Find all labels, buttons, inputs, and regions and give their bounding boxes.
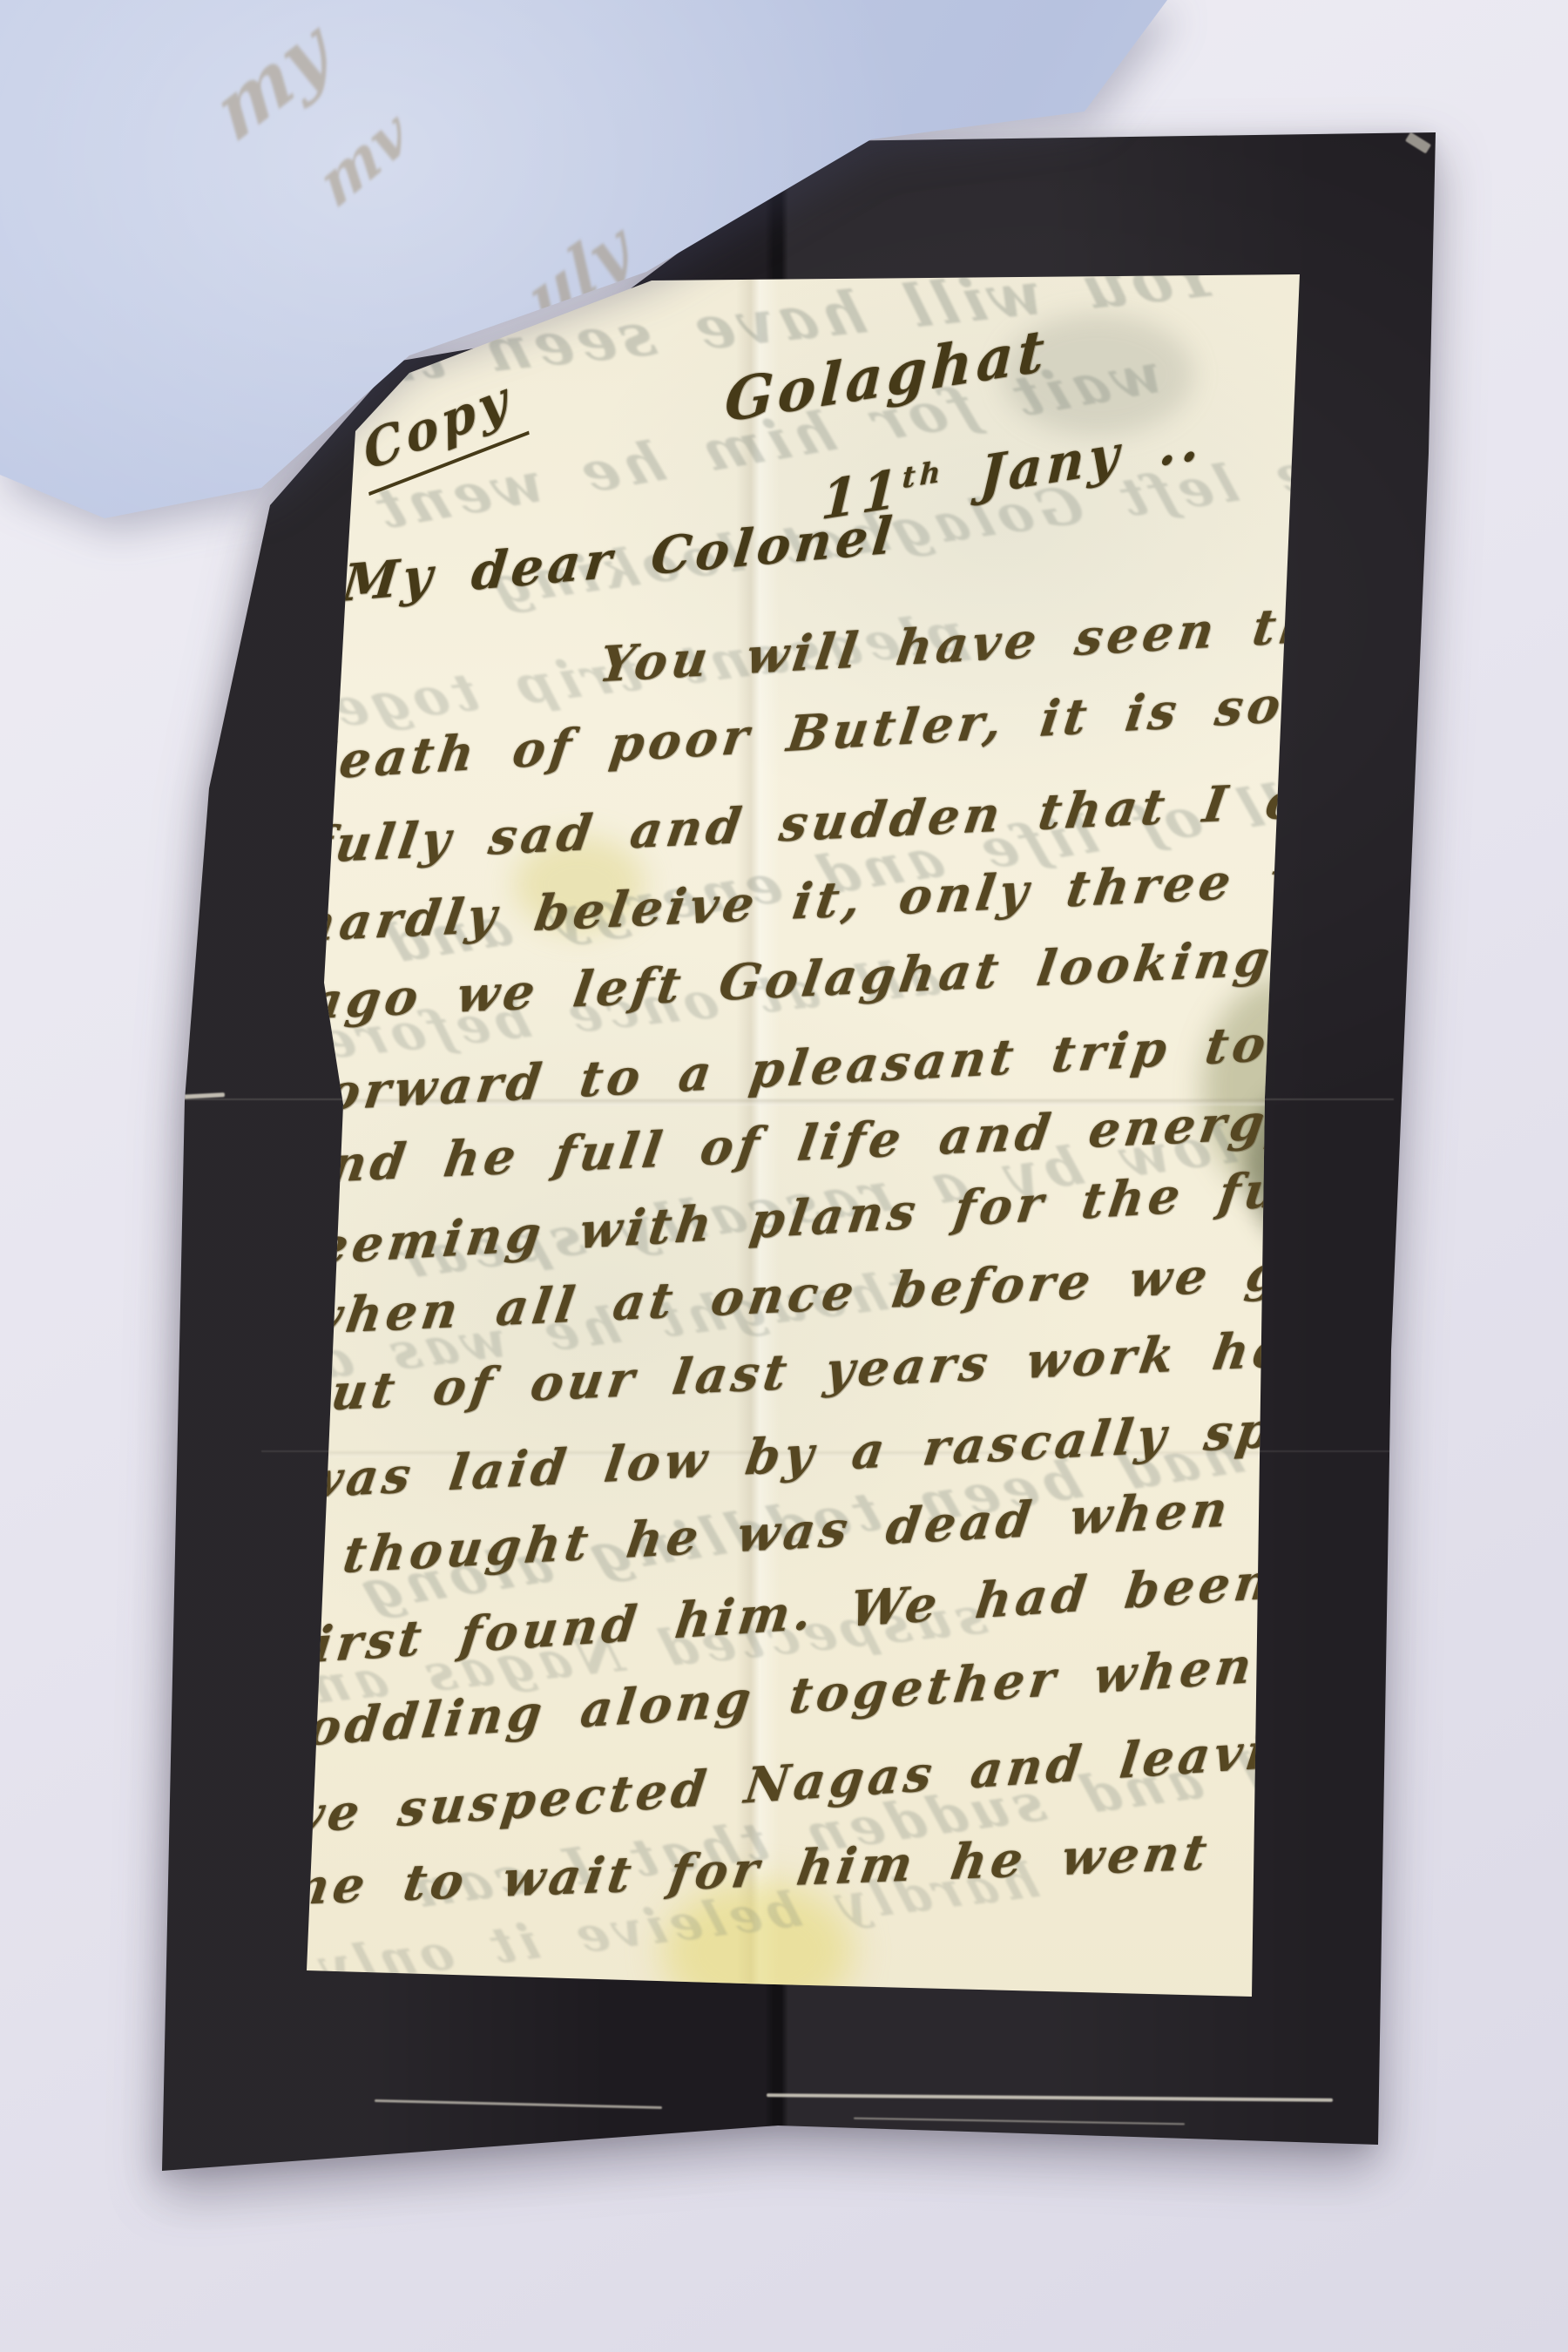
blue-paper-mark: mv [308, 93, 420, 223]
blue-paper-shadow: myulywhmv [0, 0, 1568, 2352]
blue-paper-mark: my [202, 0, 341, 160]
blue-paper-sheet: myulywhmv [0, 0, 1568, 2352]
blue-paper-mark: uly [517, 206, 640, 342]
photo-backdrop: You will have seen thewe left Golaghat l… [0, 0, 1568, 2352]
blue-paper-mark: wh [588, 362, 688, 473]
